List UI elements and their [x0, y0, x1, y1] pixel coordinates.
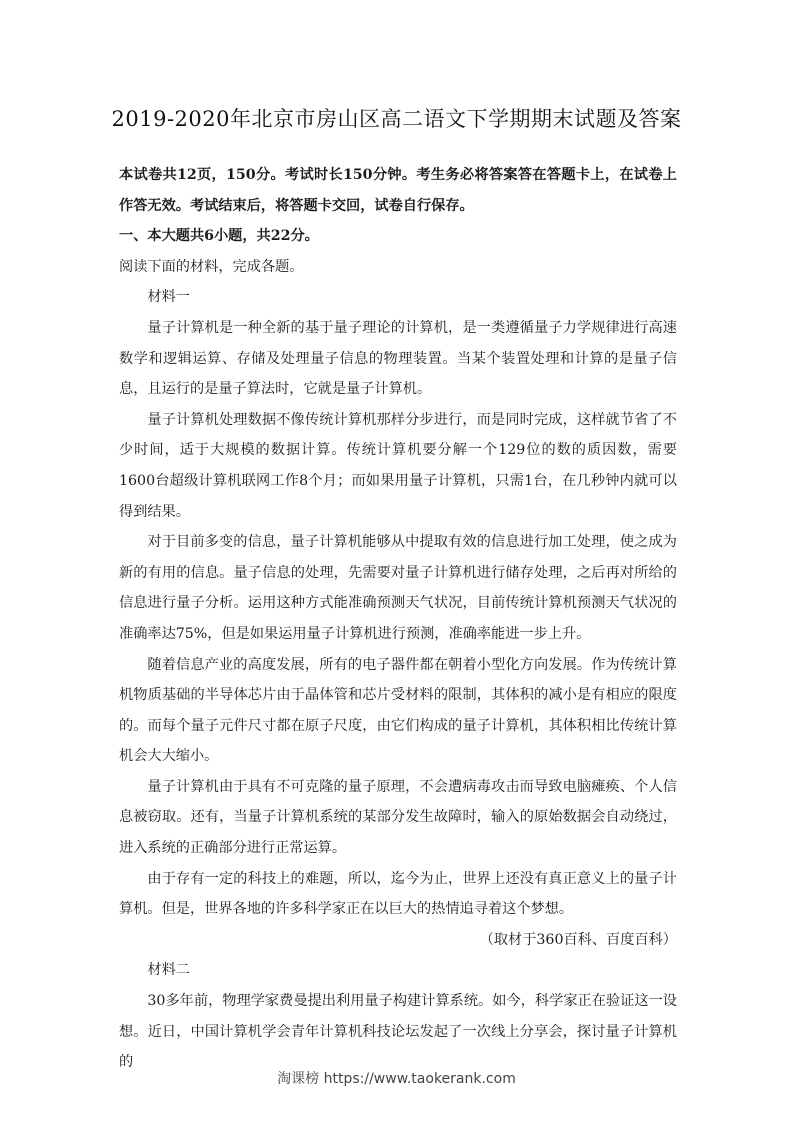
section-heading: 一、本大题共6小题，共22分。	[119, 221, 677, 252]
material1-paragraph: 随着信息产业的高度发展，所有的电子器件都在朝着小型化方向发展。作为传统计算机物质…	[119, 650, 677, 772]
material1-source: （取材于360百科、百度百科）	[119, 925, 677, 956]
material1-paragraph: 对于目前多变的信息，量子计算机能够从中提取有效的信息进行加工处理，使之成为新的有…	[119, 527, 677, 649]
document-page: 2019-2020年北京市房山区高二语文下学期期末试题及答案 本试卷共12页，1…	[0, 0, 793, 1122]
document-body: 本试卷共12页，150分。考试时长150分钟。考生务必将答案答在答题卡上，在试卷…	[119, 160, 677, 1078]
material1-paragraph: 由于存有一定的科技上的难题，所以，迄今为止，世界上还没有真正意义上的量子计算机。…	[119, 864, 677, 925]
reading-prompt: 阅读下面的材料，完成各题。	[119, 252, 677, 283]
exam-instructions: 本试卷共12页，150分。考试时长150分钟。考生务必将答案答在答题卡上，在试卷…	[119, 160, 677, 221]
material1-paragraph: 量子计算机由于具有不可克隆的量子原理，不会遭病毒攻击而导致电脑瘫痪、个人信息被窃…	[119, 772, 677, 864]
material1-paragraph: 量子计算机是一种全新的基于量子理论的计算机，是一类遵循量子力学规律进行高速数学和…	[119, 313, 677, 405]
document-title: 2019-2020年北京市房山区高二语文下学期期末试题及答案	[0, 103, 793, 133]
material1-paragraph: 量子计算机处理数据不像传统计算机那样分步进行，而是同时完成，这样就节省了不少时间…	[119, 405, 677, 527]
watermark-footer: 淘课榜 https://www.taokerank.com	[0, 1068, 793, 1088]
material2-paragraph: 30多年前，物理学家费曼提出利用量子构建计算系统。如今，科学家正在验证这一设想。…	[119, 986, 677, 1078]
material2-label: 材料二	[119, 955, 677, 986]
material1-label: 材料一	[119, 282, 677, 313]
